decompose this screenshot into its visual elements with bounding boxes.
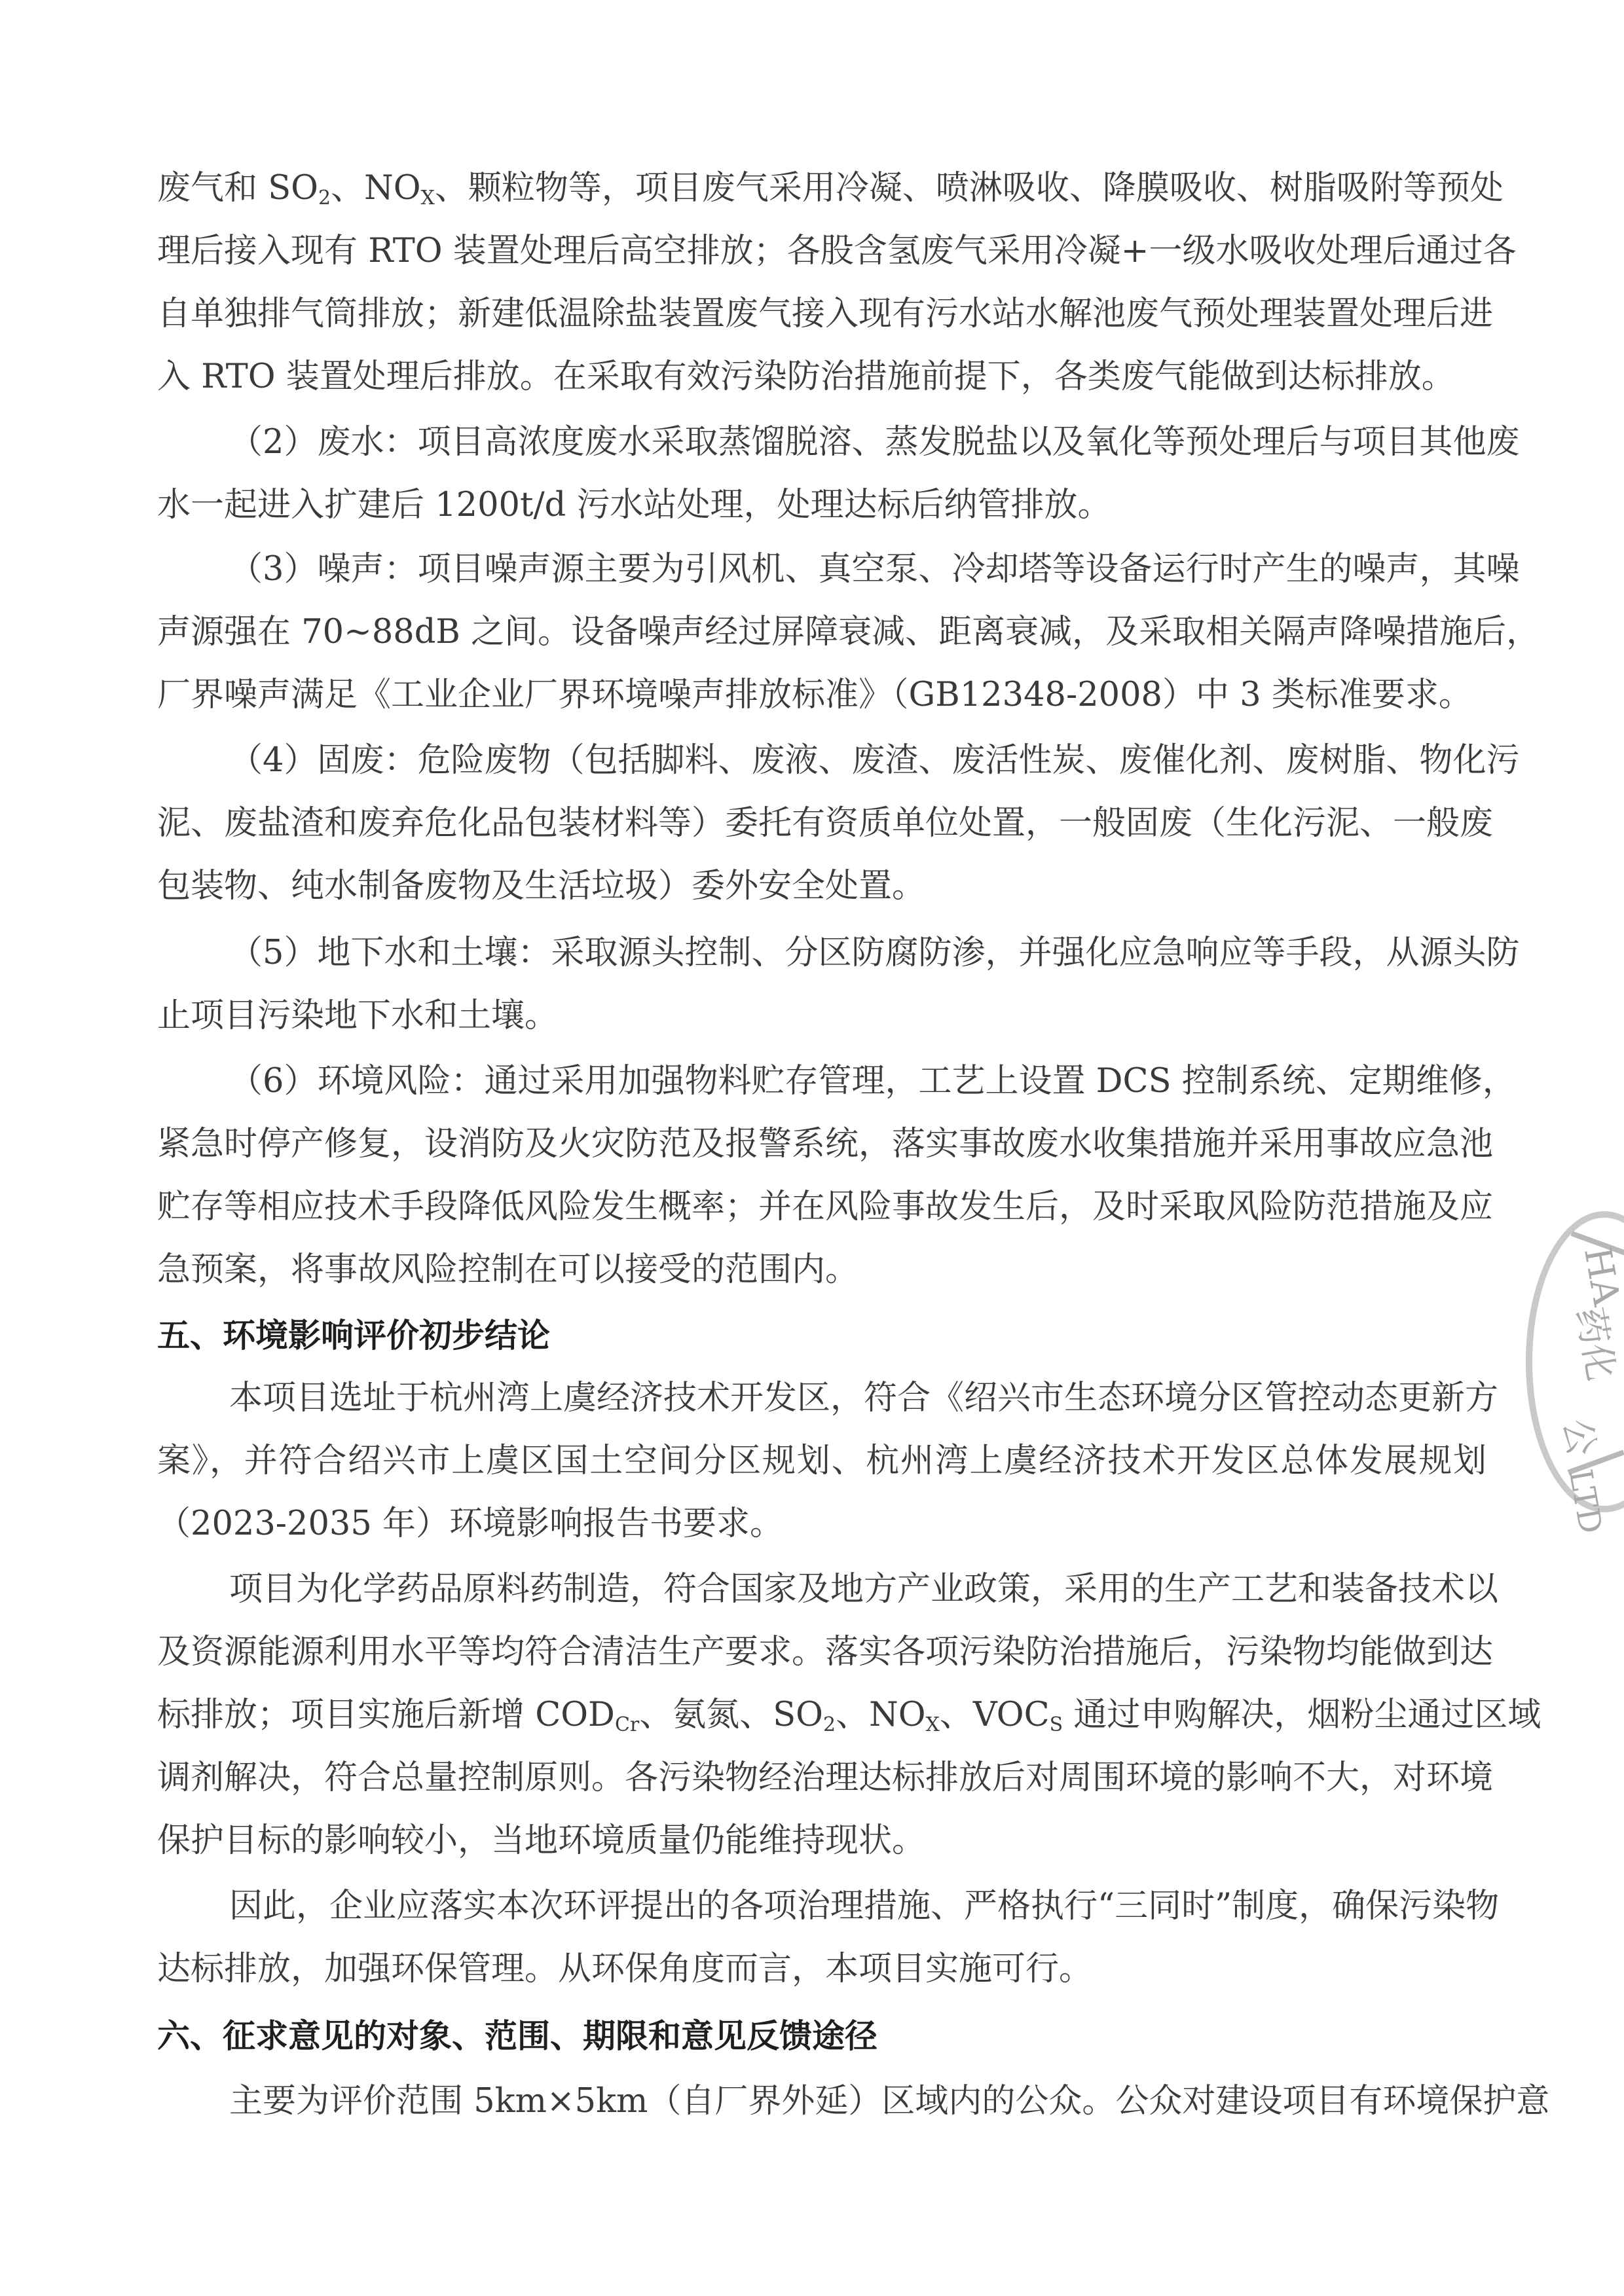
paragraph-solid-waste: （4）固废：危险废物（包括脚料、废液、废渣、废活性炭、废催化剂、废树脂、物化污: [229, 738, 1486, 784]
subscript: 2: [823, 1713, 836, 1736]
text-run: 废气和 SO: [157, 169, 318, 208]
paragraph-wastewater: （2）废水：项目高浓度废水采取蒸馏脱溶、蒸发脱盐以及氧化等预处理后与项目其他废: [229, 420, 1486, 465]
body-line: 急预案，将事故风险控制在可以接受的范围内。: [157, 1247, 1486, 1293]
subscript: 2: [318, 187, 331, 210]
body-line: 止项目污染地下水和土壤。: [157, 993, 1486, 1039]
subscript: X: [421, 187, 435, 210]
body-line: 标排放；项目实施后新增 CODCr、氨氮、SO2、NOX、VOCS 通过申购解决…: [157, 1692, 1486, 1738]
body-line: 废气和 SO2、NOX、颗粒物等，项目废气采用冷凝、喷淋吸收、降膜吸收、树脂吸附…: [157, 166, 1486, 211]
paragraph-public-scope: 主要为评价范围 5km×5km（自厂界外延）区域内的公众。公众对建设项目有环境保…: [229, 2079, 1486, 2124]
body-line: 达标排放，加强环保管理。从环保角度而言，本项目实施可行。: [157, 1946, 1486, 1992]
paragraph-industry-policy: 项目为化学药品原料药制造，符合国家及地方产业政策，采用的生产工艺和装备技术以: [229, 1567, 1486, 1613]
body-line: 调剂解决，符合总量控制原则。各污染物经治理达标排放后对周围环境的影响不大，对环境: [157, 1755, 1486, 1801]
body-line: 入 RTO 装置处理后排放。在采取有效污染防治措施前提下，各类废气能做到达标排放…: [157, 354, 1486, 400]
paragraph-environmental-risk: （6）环境风险：通过采用加强物料贮存管理，工艺上设置 DCS 控制系统、定期维修…: [229, 1059, 1486, 1104]
section-heading-5: 五、环境影响评价初步结论: [157, 1313, 550, 1358]
paragraph-location-conformity: 本项目选址于杭州湾上虞经济技术开发区，符合《绍兴市生态环境分区管控动态更新方: [229, 1376, 1486, 1421]
body-line: 理后接入现有 RTO 装置处理后高空排放；各股含氢废气采用冷凝+一级水吸收处理后…: [157, 228, 1486, 274]
body-line: 贮存等相应技术手段降低风险发生概率；并在风险事故发生后，及时采取风险防范措施及应: [157, 1184, 1486, 1230]
body-line: 及资源能源利用水平等均符合清洁生产要求。落实各项污染防治措施后，污染物均能做到达: [157, 1630, 1486, 1675]
text-run: 、氨氮、SO: [639, 1696, 823, 1734]
body-line: 厂界噪声满足《工业企业厂界环境噪声排放标准》（GB12348-2008）中 3 …: [157, 672, 1486, 718]
subscript: Cr: [615, 1713, 639, 1736]
body-line: 保护目标的影响较小，当地环境质量仍能维持现状。: [157, 1818, 1486, 1864]
body-line: 声源强在 70~88dB 之间。设备噪声经过屏障衰减、距离衰减，及采取相关隔声降…: [157, 610, 1486, 655]
body-line: 水一起进入扩建后 1200t/d 污水站处理，处理达标后纳管排放。: [157, 483, 1486, 528]
body-line: 紧急时停产修复，设消防及火灾防范及报警系统，落实事故废水收集措施并采用事故应急池: [157, 1121, 1486, 1167]
body-line: 泥、废盐渣和废弃危化品包装材料等）委托有资质单位处置，一般固废（生化污泥、一般废: [157, 801, 1486, 847]
text-run: 标排放；项目实施后新增 COD: [157, 1696, 615, 1734]
text-run: 、NO: [836, 1696, 925, 1734]
body-line: 案》，并符合绍兴市上虞区国土空间分区规划、杭州湾上虞经济技术开发区总体发展规划: [157, 1438, 1486, 1484]
body-line: 自单独排气筒排放；新建低温除盐装置废气接入现有污水站水解池废气预处理装置处理后进: [157, 291, 1486, 337]
paragraph-groundwater-soil: （5）地下水和土壤：采取源头控制、分区防腐防渗，并强化应急响应等手段，从源头防: [229, 930, 1486, 976]
text-run: 、NO: [331, 169, 420, 208]
document-page: 废气和 SO2、NOX、颗粒物等，项目废气采用冷凝、喷淋吸收、降膜吸收、树脂吸附…: [0, 0, 1624, 2296]
paragraph-conclusion: 因此，企业应落实本次环评提出的各项治理措施、严格执行“三同时”制度，确保污染物: [229, 1884, 1486, 1929]
text-run: 、VOC: [940, 1696, 1050, 1734]
body-line: 包装物、纯水制备废物及生活垃圾）委外安全处置。: [157, 864, 1486, 909]
subscript: X: [926, 1713, 940, 1736]
body-line: （2023-2035 年）环境影响报告书要求。: [157, 1501, 1486, 1547]
paragraph-noise: （3）噪声：项目噪声源主要为引风机、真空泵、冷却塔等设备运行时产生的噪声，其噪: [229, 547, 1486, 592]
subscript: S: [1050, 1713, 1063, 1736]
section-heading-6: 六、征求意见的对象、范围、期限和意见反馈途径: [157, 2013, 877, 2059]
text-run: 、颗粒物等，项目废气采用冷凝、喷淋吸收、降膜吸收、树脂吸附等预处: [435, 169, 1504, 208]
text-run: 通过申购解决，烟粉尘通过区域: [1063, 1696, 1541, 1734]
